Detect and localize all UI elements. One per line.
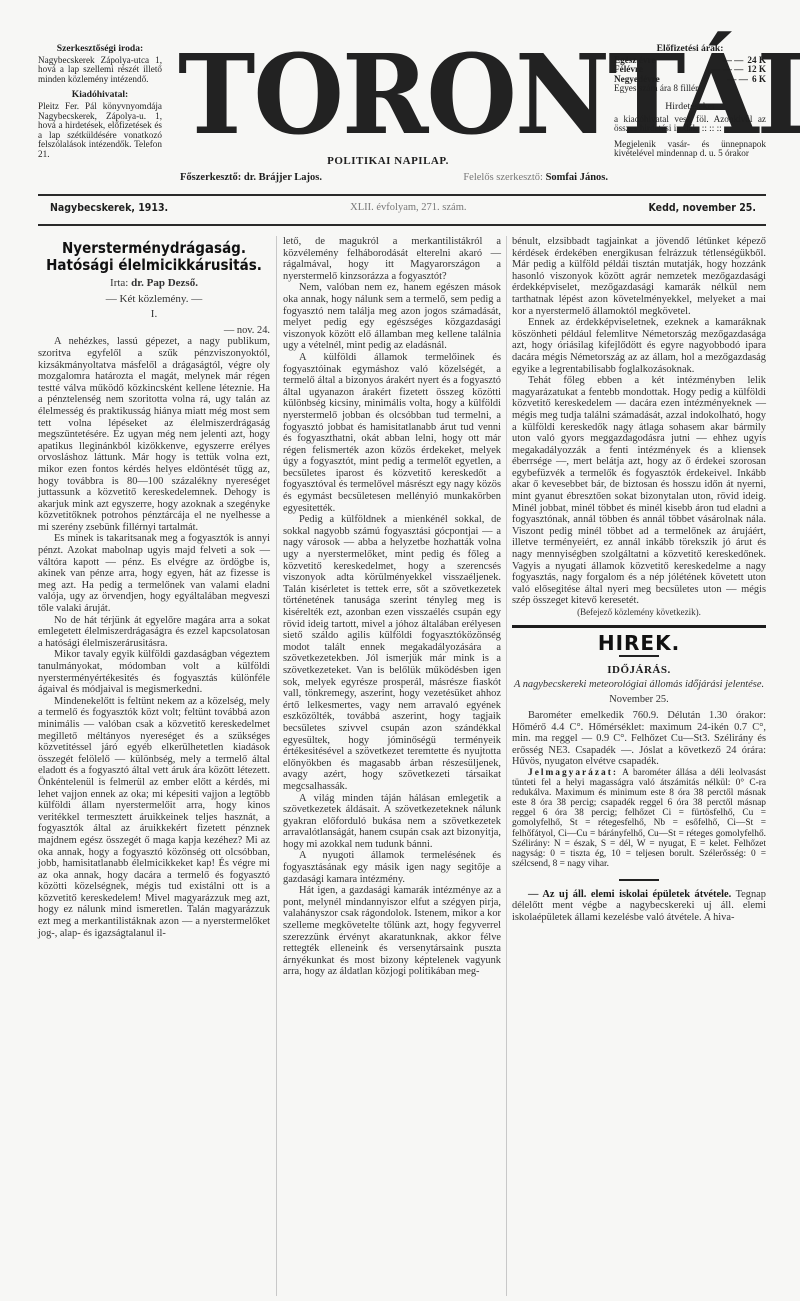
responsible-editor-name: Somfai János. — [546, 172, 608, 183]
editorial-office-box: Szerkesztőségi iroda: Nagybecskerek Zápo… — [38, 44, 162, 166]
paragraph: No de hát térjünk át egyelőre magára arr… — [38, 615, 270, 650]
weather-legend: Jelmagyarázat: A barométer állása a déli… — [512, 768, 766, 869]
single-issue-price: Egyes szám ára 8 fillér. — [614, 84, 766, 94]
ads-heading: Hirdetéseket — [614, 102, 766, 112]
news-section-heading: HIREK. — [512, 638, 766, 650]
article-title: Nyerstermény­drágaság. Hatósági élelmici… — [38, 240, 270, 274]
legend-text: A barométer állása a déli leolvasást tün… — [512, 768, 766, 869]
paragraph: Mikor tavaly egyik külföldi gazdaságban … — [38, 649, 270, 695]
dateline-rule — [38, 224, 766, 226]
newspaper-subtitle: POLITIKAI NAPILAP. — [178, 155, 598, 167]
paragraph: A nehézkes, lassú gépezet, a nagy publik… — [38, 336, 270, 533]
publication-schedule: Megjelenik vasár- és ünnepnapok kivételé… — [614, 140, 766, 159]
byline-label: Irta: — [110, 277, 128, 289]
article-column-2: lető, de magukról a merkantilistákról a … — [283, 236, 501, 978]
weather-date: November 25. — [512, 694, 766, 706]
article-byline: Irta: dr. Pap Dezső. — [38, 278, 270, 290]
paragraph: Mindenekelőtt is feltünt nekem az a köze… — [38, 696, 270, 939]
short-rule — [619, 655, 659, 657]
weather-source: A nagybecskereki meteorológiai állomás i… — [512, 679, 766, 691]
paragraph: A külföldi államok termelőinek és fogyas… — [283, 352, 501, 514]
price-value: 6 K — [752, 75, 766, 85]
article-column-1: Nyerstermény­drágaság. Hatósági élelmici… — [38, 236, 270, 939]
school-news-headline: — Az uj áll. elemi iskolai épületek átvé… — [528, 889, 731, 900]
paragraph: Tehát főleg ebben a két intézményben lel… — [512, 375, 766, 607]
paragraph: A világ minden táján hálásan emlegetik a… — [283, 793, 501, 851]
paragraph: Pedig a külföldnek a mienkénél sokkal, d… — [283, 514, 501, 792]
office-text: Nagybecskerek Zápolya-utca 1, hová a lap… — [38, 56, 162, 85]
publisher-text: Pleitz Fer. Pál könyvnyomdája Nagybecske… — [38, 102, 162, 160]
editor-in-chief-name: dr. Brájjer Lajos. — [244, 172, 322, 183]
part-number: I. — [38, 309, 270, 321]
article-column-3: bénult, elzsibbadt tagjainkat a jövendő … — [512, 236, 766, 924]
responsible-editor-label: Felelős szerkesztő: — [463, 172, 543, 183]
paragraph: Nem, valóban nem ez, hanem egészen mások… — [283, 282, 501, 352]
column-divider — [276, 236, 277, 1296]
paragraph: Es minek is takaritsanak meg a fogyasztó… — [38, 533, 270, 614]
ads-text: a kiadóhivatal vesz föl. Azonkivül az ös… — [614, 115, 766, 134]
masthead-rule — [38, 194, 766, 196]
paragraph: lető, de magukról a merkantilistákról a … — [283, 236, 501, 282]
dateline: Nagybecskerek, 1913. XLII. évfolyam, 271… — [50, 202, 756, 214]
weather-heading: IDŐJÁRÁS. — [512, 665, 766, 677]
newspaper-title: TORONTÁL — [178, 33, 598, 157]
editors-line: Főszerkesztő: dr. Brájjer Lajos. Felelős… — [180, 172, 608, 183]
responsible-editor: Felelős szerkesztő: Somfai János. — [463, 172, 608, 183]
section-rule — [512, 625, 766, 628]
paragraph: bénult, elzsibbadt tagjainkat a jövendő … — [512, 236, 766, 317]
column-divider — [506, 236, 507, 1296]
continuation-note: (Befejező közlemény következik). — [512, 607, 766, 619]
weather-report: Barométer emelkedik 760.9. Délután 1.30 … — [512, 710, 766, 768]
paragraph: Hát igen, a gazdasági kamarák intézménye… — [283, 885, 501, 978]
place-year: Nagybecskerek, 1913. — [50, 202, 168, 214]
short-rule — [619, 879, 659, 881]
paragraph: Ennek az érdekképviseletnek, ezeknek a k… — [512, 317, 766, 375]
school-news-item: — Az uj áll. elemi iskolai épületek átvé… — [512, 889, 766, 924]
legend-label: Jelmagyarázat: — [528, 768, 618, 778]
issue-number: XLII. évfolyam, 271. szám. — [350, 202, 466, 214]
paragraph: A nyugoti államok termelésének és fogyas… — [283, 850, 501, 885]
publisher-heading: Kiadóhivatal: — [38, 90, 162, 100]
series-note: — Két közlemény. — — [38, 294, 270, 306]
editor-in-chief: Főszerkesztő: dr. Brájjer Lajos. — [180, 172, 322, 183]
editor-in-chief-label: Főszerkesztő: — [180, 172, 241, 183]
subscription-box: Előfizetési árak: Egész évre — — 24 K Fé… — [614, 44, 766, 165]
byline-author: dr. Pap Dezső. — [131, 277, 198, 289]
article-date: — nov. 24. — [38, 325, 270, 337]
newspaper-page: Szerkesztőségi iroda: Nagybecskerek Zápo… — [0, 0, 800, 1301]
office-heading: Szerkesztőségi iroda: — [38, 44, 162, 54]
prices-heading: Előfizetési árak: — [614, 44, 766, 54]
issue-date: Kedd, november 25. — [649, 202, 756, 214]
